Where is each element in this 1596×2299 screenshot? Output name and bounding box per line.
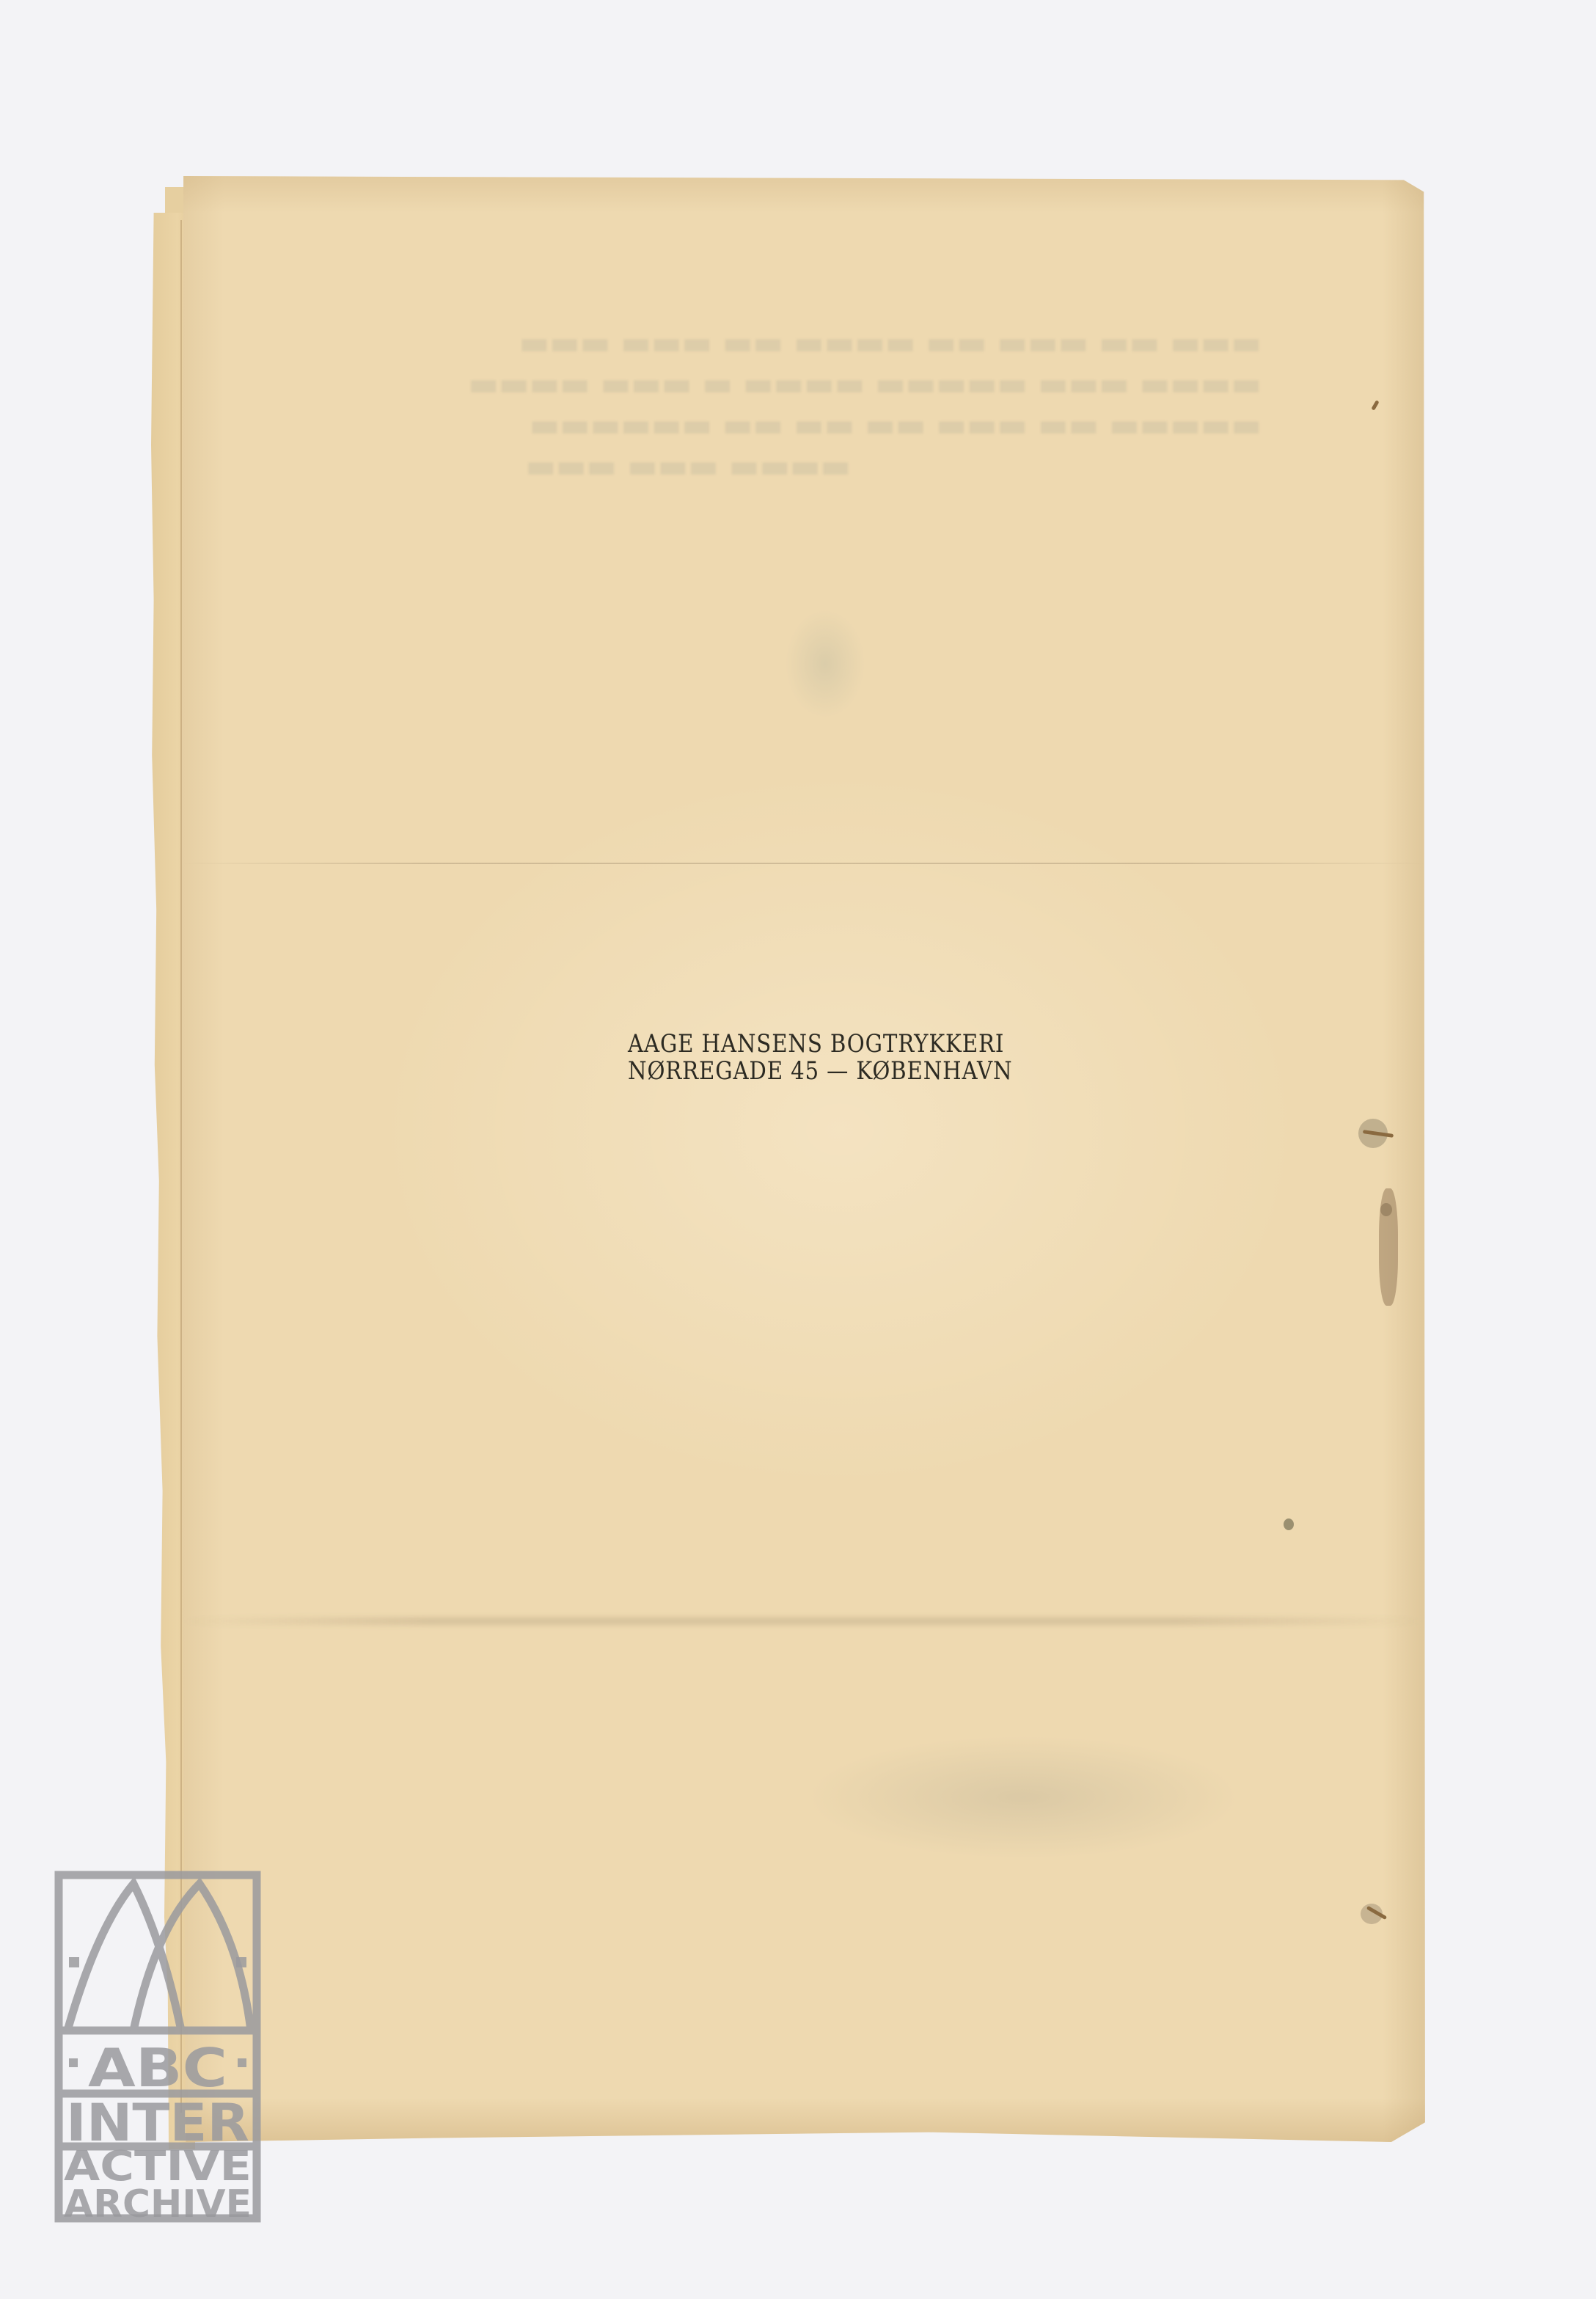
stain xyxy=(1380,1203,1392,1216)
scanned-page: ▬▬▬ ▬▬ ▬▬▬ ▬▬ ▬▬▬▬ ▬▬ ▬▬▬ ▬▬▬ ▬▬▬▬ ▬▬▬ ▬… xyxy=(0,0,1596,2299)
imprint-line-2: NØRREGADE 45 — KØBENHAVN xyxy=(628,1058,1012,1085)
abc-interactive-archive-logo-icon: ABC INTER ACTIVE ARCHIVE xyxy=(53,1869,263,2224)
smudged-fold xyxy=(180,1618,1427,1625)
imprint-line-1: AAGE HANSENS BOGTRYKKERI xyxy=(628,1031,1012,1058)
binding-crease xyxy=(180,220,182,2113)
svg-text:ARCHIVE: ARCHIVE xyxy=(64,2182,252,2224)
bleed-through-text: ▬▬▬ ▬▬ ▬▬▬ ▬▬ ▬▬▬▬ ▬▬ ▬▬▬ ▬▬▬ ▬▬▬▬ ▬▬▬ ▬… xyxy=(455,323,1262,487)
stain xyxy=(1284,1518,1294,1530)
bleed-through-emblem xyxy=(785,609,865,719)
svg-text:ABC: ABC xyxy=(88,2037,227,2099)
printer-imprint: AAGE HANSENS BOGTRYKKERI NØRREGADE 45 — … xyxy=(628,1031,1012,1085)
horizontal-fold xyxy=(180,863,1427,864)
